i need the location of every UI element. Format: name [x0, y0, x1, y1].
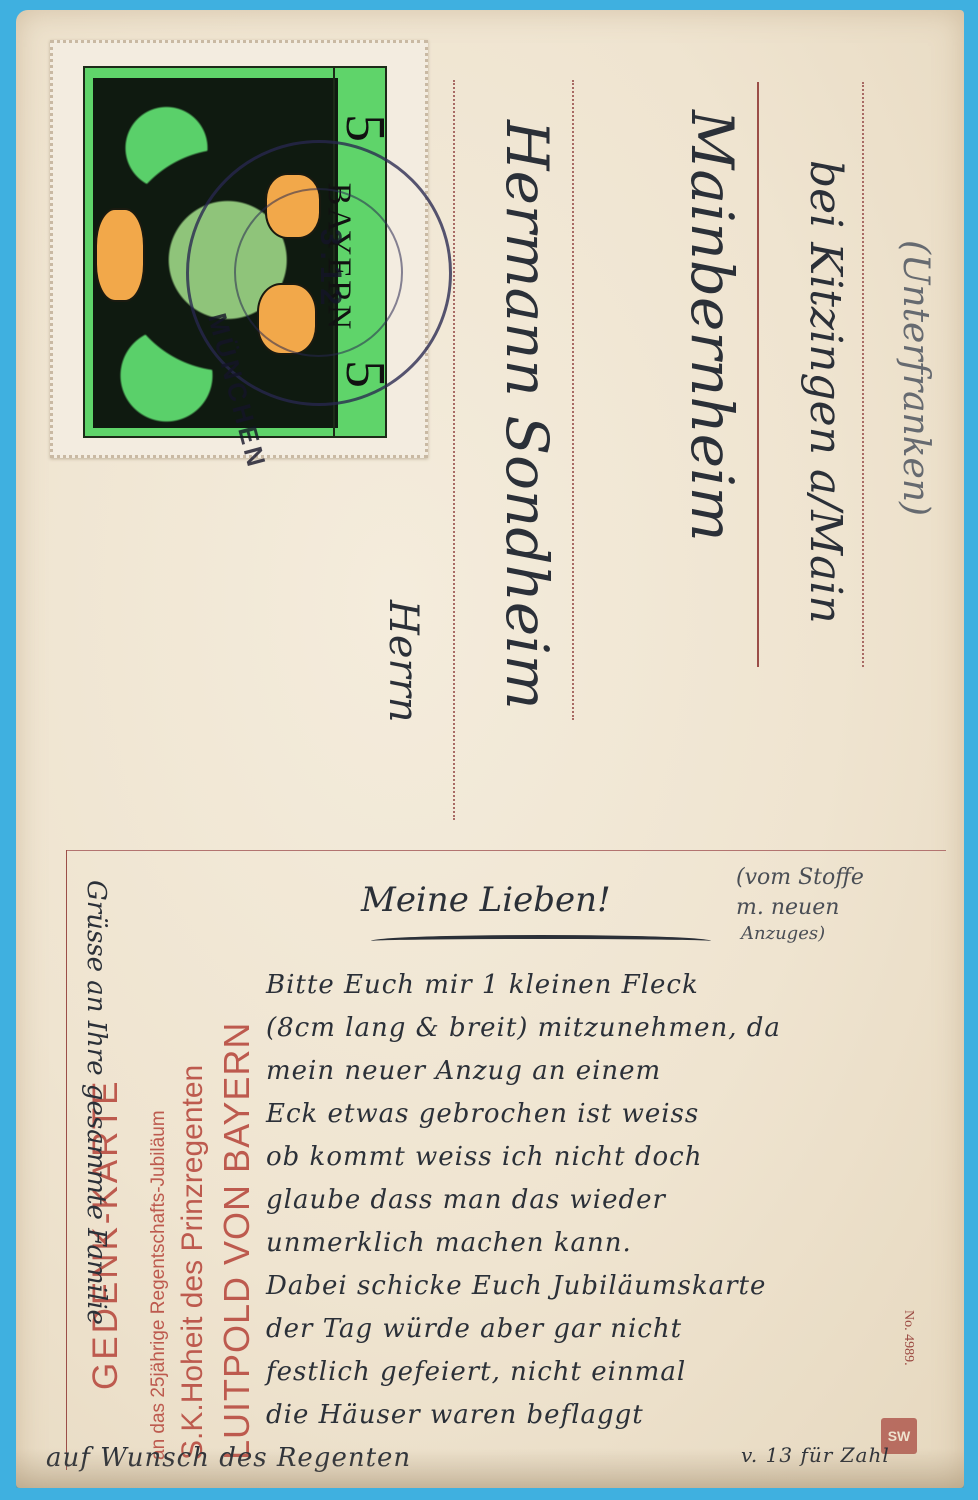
postmark-date: 3.12 — [313, 229, 347, 311]
address-line-1 — [453, 80, 455, 820]
message-line: der Tag würde aber gar nicht — [266, 1314, 682, 1344]
left-margin-line — [66, 850, 67, 1470]
address-region: (Unterfranken) — [895, 240, 936, 516]
address-line-4 — [862, 82, 864, 667]
message-line: glaube dass man das wieder — [266, 1185, 666, 1215]
stamp-value-top: 5 — [333, 114, 397, 142]
address-recipient: Hermann Sondheim — [493, 120, 561, 710]
stamp-ornament-icon — [95, 208, 145, 302]
section-divider — [66, 850, 946, 851]
margin-insert-line: m. neuen — [736, 895, 839, 920]
message-line: Dabei schicke Euch Jubiläumskarte — [266, 1271, 766, 1301]
message-line: Eck etwas gebrochen ist weiss — [266, 1099, 699, 1129]
card-subtitle: an das 25jährige Regentschafts-Jubiläum — [148, 1110, 170, 1460]
message-line: mein neuer Anzug an einem — [266, 1056, 661, 1086]
message-closing: v. 13 für Zahl — [741, 1443, 890, 1467]
message-greeting: Meine Lieben! — [361, 880, 611, 920]
greeting-underline — [371, 935, 711, 947]
margin-insert-line: Anzuges) — [741, 923, 825, 944]
card-honorific: S.K.Hoheit des Prinzregenten — [176, 1065, 210, 1460]
margin-insert-line: (vom Stoffe — [736, 865, 864, 890]
address-line-3 — [757, 82, 759, 667]
address-district: bei Kitzingen a/Main — [800, 160, 851, 624]
message-line: (8cm lang & breit) mitzunehmen, da — [266, 1013, 781, 1043]
message-line: die Häuser waren beflaggt — [266, 1400, 644, 1430]
card-name: LUITPOLD VON BAYERN — [216, 1022, 258, 1460]
postcard: 5 BAYERN 5 3.12 MÜNCHEN GEDENK-KARTE an … — [16, 10, 964, 1488]
message-line: ob kommt weiss ich nicht doch — [266, 1142, 702, 1172]
address-salutation: Herrn — [380, 600, 426, 723]
address-line-2 — [572, 80, 574, 720]
catalog-number: No. 4989. — [900, 1310, 916, 1366]
message-line: festlich gefeiert, nicht einmal — [266, 1357, 686, 1387]
message-line: Bitte Euch mir 1 kleinen Fleck — [266, 970, 699, 1000]
publisher-logo-icon: SW — [881, 1418, 917, 1454]
message-line: unmerklich machen kann. — [266, 1228, 632, 1258]
message-line: auf Wunsch des Regenten — [46, 1443, 411, 1473]
address-city: Mainbernheim — [678, 110, 746, 542]
side-note: Grüsse an Ihre gesammte Familie — [81, 880, 111, 1325]
